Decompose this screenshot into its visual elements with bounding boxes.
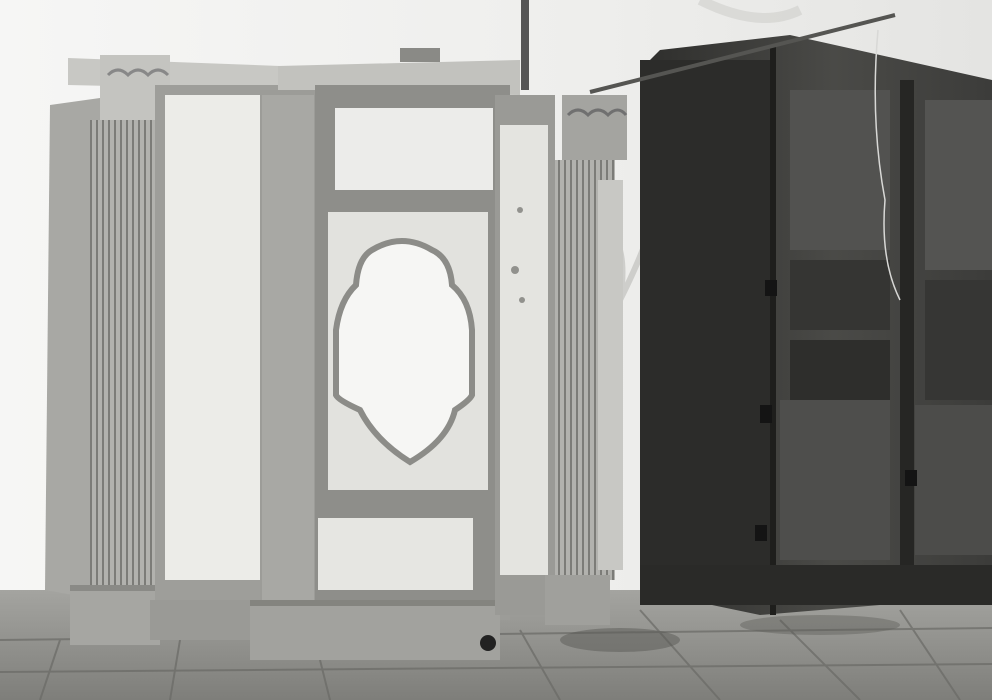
door-top-panel — [335, 108, 493, 190]
side-panel — [165, 95, 265, 580]
door-bottom-panel — [318, 518, 473, 590]
wardrobe-door-left — [780, 90, 890, 560]
dark-wardrobe — [640, 35, 992, 615]
fluted-pilaster — [90, 120, 160, 590]
cabinet-base — [250, 600, 500, 660]
painted-cabinet — [45, 48, 627, 660]
pilaster-base — [70, 585, 160, 645]
carved-capital — [562, 95, 627, 160]
pilaster-base — [545, 575, 610, 625]
side-panel — [500, 125, 548, 575]
caster-wheel — [480, 635, 496, 651]
wardrobe-door-right — [915, 100, 992, 555]
photograph — [0, 0, 992, 700]
central-door — [315, 85, 510, 615]
wall-post — [521, 0, 529, 90]
